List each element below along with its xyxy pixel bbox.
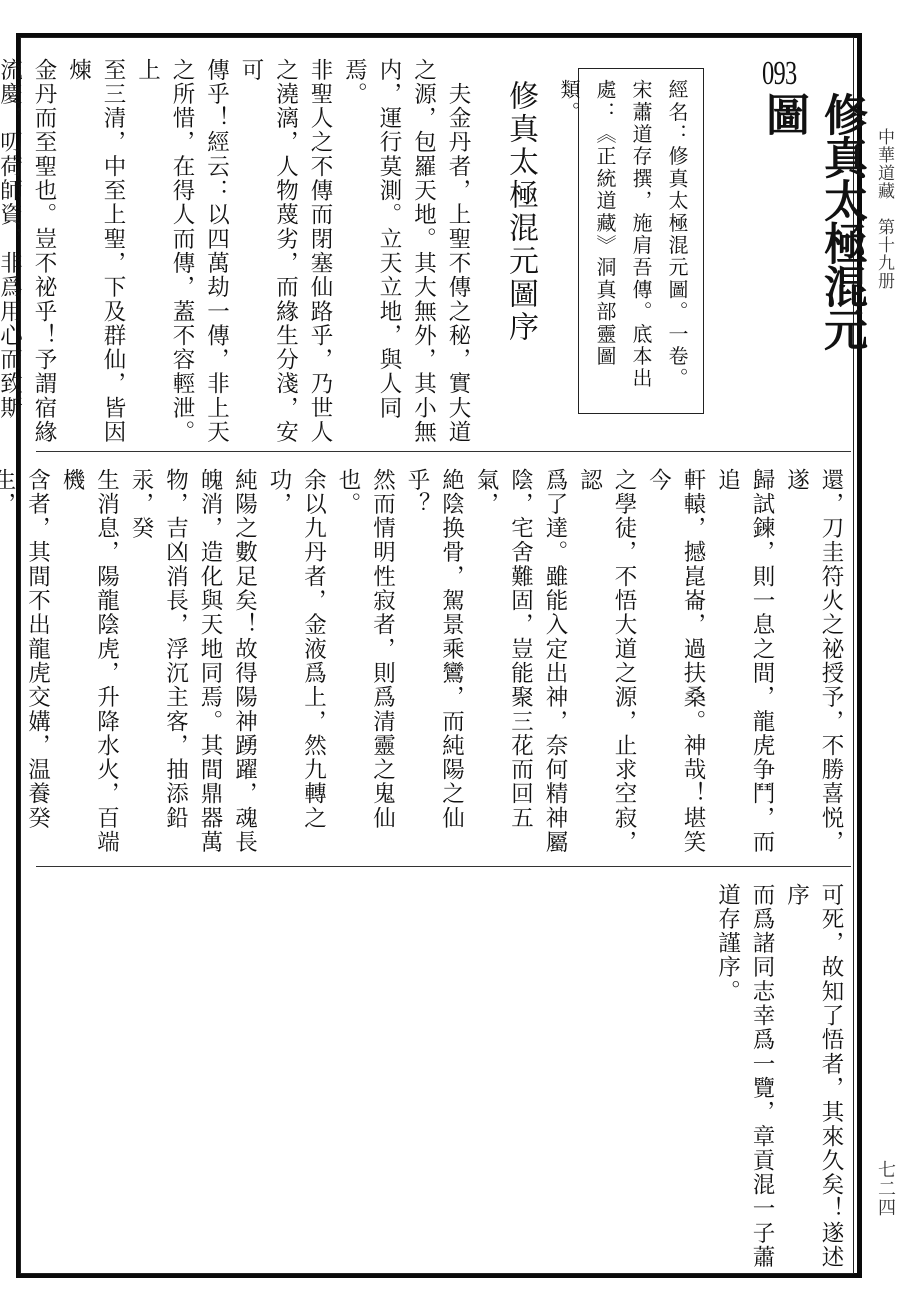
- text-column: 軒轅，撼崑崙，過扶桑。神哉！堪笑今: [641, 468, 710, 860]
- text-column: 純陽之數足矣！故得陽神踴躍，魂長: [227, 468, 262, 860]
- preface-title: 修真太極混元圖序: [500, 80, 540, 380]
- scripture-info-text: 經名：修真太極混元圖。一卷。 宋蕭道存撰，施肩吾傳。底本出 處：《正統道藏》洞真…: [551, 79, 695, 409]
- info-line: 宋蕭道存撰，施肩吾傳。底本出: [623, 79, 659, 409]
- text-column: 余以九丹者，金液爲上，然九轉之功，: [262, 468, 331, 860]
- text-column: 陰，宅舍難固，豈能聚三花而回五氣，: [469, 468, 538, 860]
- text-column: 之所惜，在得人而傳，蓋不容輕泄。上: [130, 58, 199, 450]
- text-column: 魄消，造化與天地同焉。其間鼎器萬: [193, 468, 228, 860]
- text-column: 流慶，叨荷師資，非爲用心而致斯也。: [0, 58, 27, 450]
- text-column: 然而情明性寂者，則爲清靈之鬼仙也。: [331, 468, 400, 860]
- text-column: 生消息，陽龍陰虎，升降水火，百端機: [55, 468, 124, 860]
- scripture-info-box: 經名：修真太極混元圖。一卷。 宋蕭道存撰，施肩吾傳。底本出 處：《正統道藏》洞真…: [578, 68, 704, 414]
- text-column: 而爲諸同志幸爲一覽，章貢混一子蕭: [745, 883, 780, 1275]
- preface-body-middle: 還，刀圭符火之祕授予，不勝喜悦，遂 歸試鍊，則一息之間，龍虎争鬥，而追 軒轅，撼…: [0, 468, 848, 860]
- text-column: 至三清，中至上聖，下及群仙，皆因煉: [61, 58, 130, 450]
- info-line: 處：《正統道藏》洞真部靈圖類。: [551, 79, 623, 409]
- page-number: 七二四: [872, 1160, 898, 1217]
- text-column: 非聖人之不傳而閉塞仙路乎，乃世人: [303, 58, 338, 450]
- preface-body-bottom: 可死，故知了悟者，其來久矣！遂述序 而爲諸同志幸爲一覽，章貢混一子蕭 道存謹序。: [710, 883, 848, 1275]
- preface-body-top: 夫金丹者，上聖不傳之秘，實大道 之源，包羅天地。其大無外，其小無 内，運行莫測。…: [0, 58, 475, 450]
- text-column: 之學徒，不悟大道之源，止求空寂，認: [572, 468, 641, 860]
- text-column: 之源，包羅天地。其大無外，其小無: [406, 58, 441, 450]
- text-column: 夫金丹者，上聖不傳之秘，實大道: [441, 58, 476, 450]
- text-column: 含者，其間不出龍虎交媾，温養癸生，: [0, 468, 55, 860]
- series-label: 中華道藏 第十九册: [872, 128, 897, 290]
- text-column: 道存謹序。: [710, 883, 745, 1275]
- text-column: 内，運行莫測。立天立地，與人同焉。: [337, 58, 406, 450]
- text-column: 之澆漓，人物蔑劣，而緣生分淺，安可: [234, 58, 303, 450]
- text-column: 物，吉凶消長，浮沉主客，抽添鉛汞，癸: [124, 468, 193, 860]
- text-column: 金丹而至聖也。豈不祕乎！予謂宿緣: [27, 58, 62, 450]
- text-column: 還，刀圭符火之祕授予，不勝喜悦，遂: [779, 468, 848, 860]
- document-title: 修真太極混元圖: [754, 92, 870, 392]
- info-line: 經名：修真太極混元圖。一卷。: [659, 79, 695, 409]
- text-column: 可死，故知了悟者，其來久矣！遂述序: [779, 883, 848, 1275]
- text-column: 絶陰换骨，駕景乘鸞，而純陽之仙乎？: [400, 468, 469, 860]
- text-column: 歸試鍊，則一息之間，龍虎争鬥，而追: [710, 468, 779, 860]
- text-column: 爲了達。雖能入定出神，奈何精神屬: [538, 468, 573, 860]
- section-divider-top: [36, 451, 851, 452]
- text-column: 傳乎！經云：以四萬劫一傳，非上天: [199, 58, 234, 450]
- section-divider-bottom: [36, 866, 851, 867]
